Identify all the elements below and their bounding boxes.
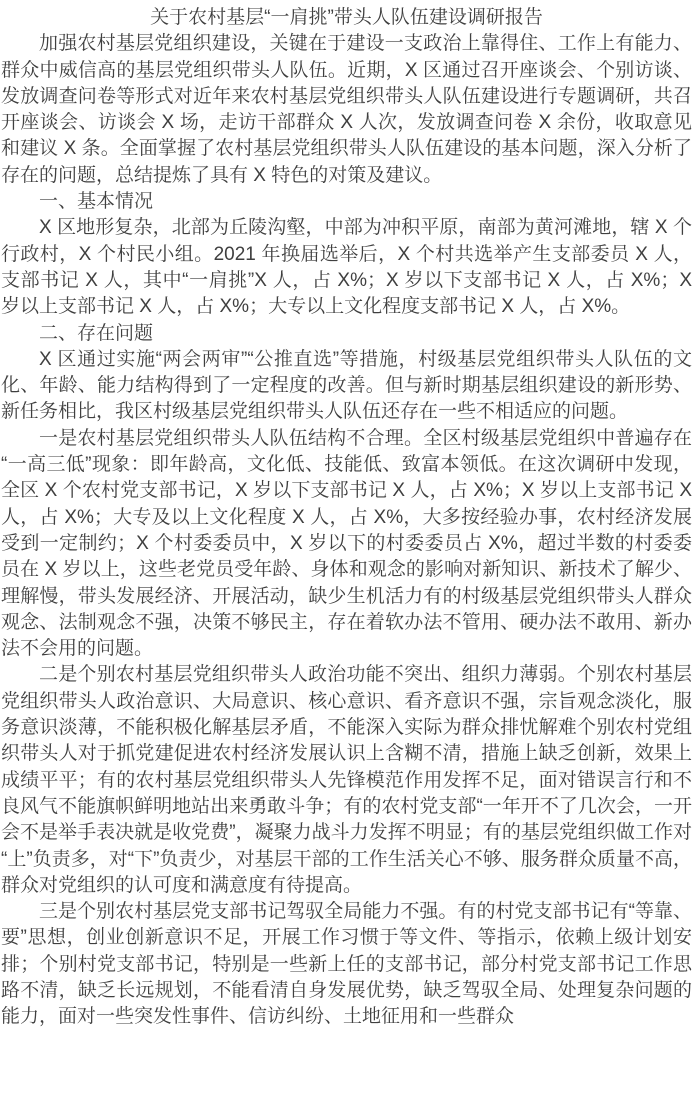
section-heading: 一、基本情况 [1, 189, 692, 215]
body-paragraph: 一是农村基层党组织带头人队伍结构不合理。全区村级基层党组织中普遍存在“一高三低”… [1, 426, 692, 663]
document-title: 关于农村基层“一肩挑”带头人队伍建设调研报告 [1, 5, 692, 31]
body-paragraph: X 区通过实施“两会两审”“公推直选”等措施，村级基层党组织带头人队伍的文化、年… [1, 347, 692, 426]
document-body: 加强农村基层党组织建设，关键在于建设一支政治上靠得住、工作上有能力、群众中威信高… [1, 31, 692, 1030]
section-heading: 二、存在问题 [1, 321, 692, 347]
body-paragraph: X 区地形复杂，北部为丘陵沟壑，中部为冲积平原，南部为黄河滩地，辖 X 个行政村… [1, 215, 692, 320]
body-paragraph: 加强农村基层党组织建设，关键在于建设一支政治上靠得住、工作上有能力、群众中威信高… [1, 31, 692, 189]
body-paragraph: 二是个别农村基层党组织带头人政治功能不突出、组织力薄弱。个别农村基层党组织带头人… [1, 662, 692, 899]
body-paragraph: 三是个别农村基层党支部书记驾驭全局能力不强。有的村党支部书记有“等靠、要”思想，… [1, 899, 692, 1030]
document-page: 关于农村基层“一肩挑”带头人队伍建设调研报告 加强农村基层党组织建设，关键在于建… [0, 0, 693, 1097]
